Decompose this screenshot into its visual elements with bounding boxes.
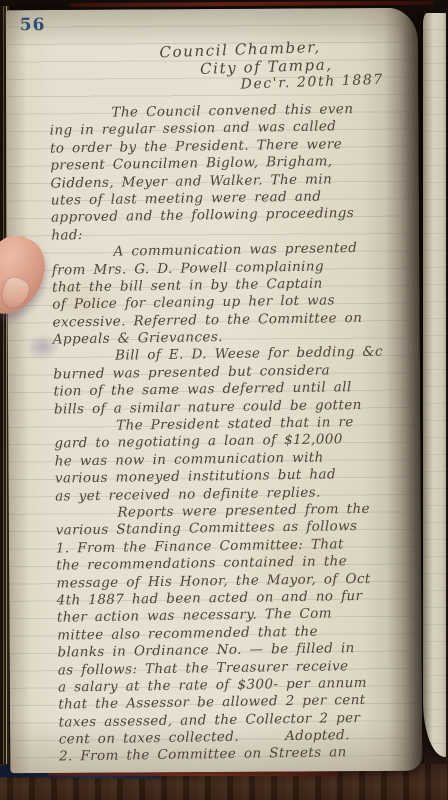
shadow-smudge — [26, 334, 60, 360]
heading-block: Council Chamber, City of Tampa, Dec'r. 2… — [153, 36, 384, 98]
book-top-edge-stain — [70, 1, 434, 8]
heading-date: Dec'r. 20th 1887 — [240, 72, 384, 95]
manuscript-body: The Council convened this even ing in re… — [49, 100, 421, 766]
ledger-page: 56 Council Chamber, City of Tampa, Dec'r… — [6, 8, 423, 774]
facing-page-edge — [423, 13, 446, 757]
photo-of-minutes-book: 56 Council Chamber, City of Tampa, Dec'r… — [0, 0, 448, 800]
page-number: 56 — [20, 15, 46, 35]
